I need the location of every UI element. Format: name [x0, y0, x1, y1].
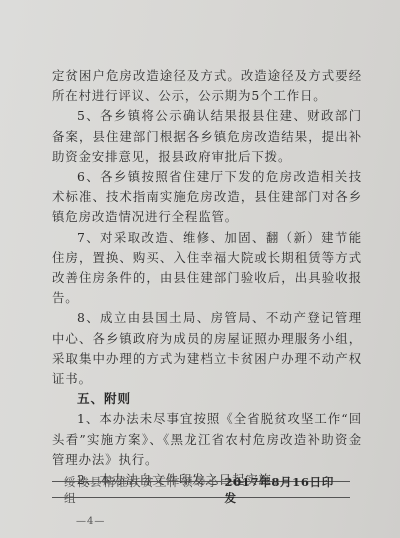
appendix-item-1: 1、本办法未尽事宜按照《全省脱贫攻坚工作“回头看”实施方案》、《黑龙江省农村危房… [52, 409, 362, 470]
paragraph-continuation: 定贫困户危房改造途径及方式。改造途径及方式要经所在村进行评议、公示，公示期为5个… [52, 66, 362, 106]
document-body: 定贫困户危房改造途径及方式。改造途径及方式要经所在村进行评议、公示，公示期为5个… [52, 66, 362, 490]
paragraph-item-6: 6、各乡镇按照省住建厅下发的危房改造相关技术标准、技术指南实施危房改造，县住建部… [52, 167, 362, 228]
paragraph-item-7: 7、对采取改造、维修、加固、翻（新）建节能住房，置换、购买、入住幸福大院或长期租… [52, 228, 362, 309]
page-number: —4— [76, 516, 105, 527]
issuing-organization: 绥棱县精准扶贫工作领导小组 [64, 474, 224, 506]
document-page: 定贫困户危房改造途径及方式。改造途径及方式要经所在村进行评议、公示，公示期为5个… [0, 0, 400, 538]
paragraph-item-8: 8、成立由县国土局、房管局、不动产登记管理中心、各乡镇政府为成员的房屋证照办理服… [52, 308, 362, 389]
issue-date: 2017年8月16日印发 [224, 474, 340, 506]
issuance-footer: 绥棱县精准扶贫工作领导小组 2017年8月16日印发 [52, 481, 350, 498]
paragraph-item-5: 5、各乡镇将公示确认结果报县住建、财政部门备案，县住建部门根据各乡镇危房改造结果… [52, 106, 362, 167]
section-heading-appendix: 五、附则 [52, 389, 362, 409]
